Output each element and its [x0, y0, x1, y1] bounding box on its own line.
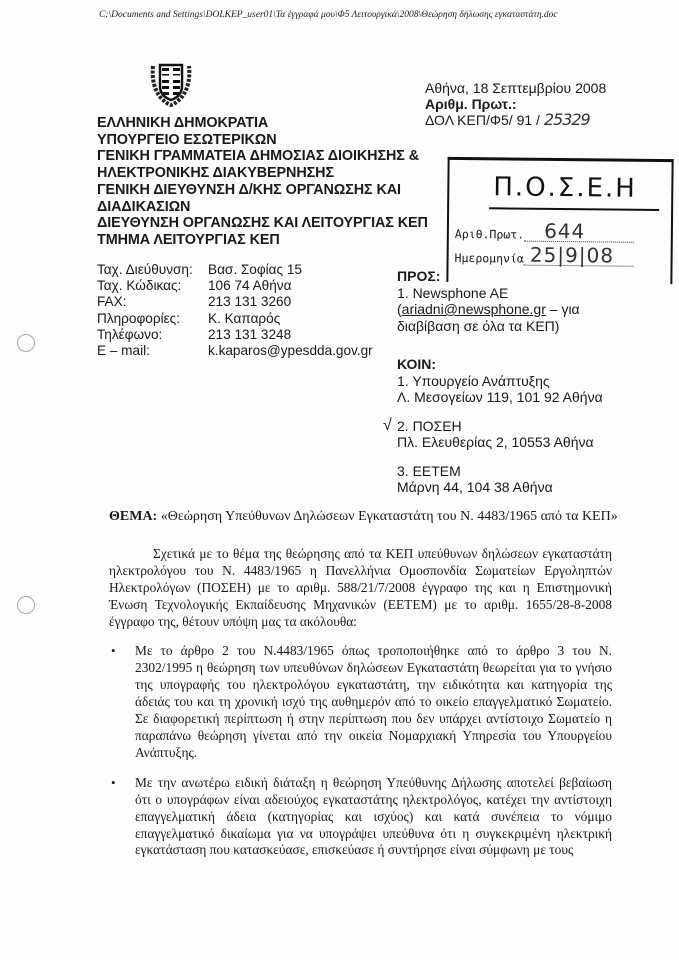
check-mark-icon: √ [383, 418, 392, 435]
file-path-header: C:\Documents and Settings\DOLKEP_user01\… [99, 10, 558, 20]
contact-row: FAX:213 131 3260 [97, 294, 373, 310]
org-line: ΓΕΝΙΚΗ ΓΡΑΜΜΑΤΕΙΑ ΔΗΜΟΣΙΑΣ ΔΙΟΙΚΗΣΗΣ & [97, 148, 428, 165]
organization-block: ΕΛΛΗΝΙΚΗ ΔΗΜΟΚΡΑΤΙΑ ΥΠΟΥΡΓΕΙΟ ΕΣΩΤΕΡΙΚΩΝ… [97, 115, 428, 249]
org-line: ΕΛΛΗΝΙΚΗ ΔΗΜΟΚΡΑΤΙΑ [97, 115, 428, 132]
contact-row: Ταχ. Κώδικας:106 74 Αθήνα [97, 278, 373, 294]
stamp-date-value: 25|9|08 [530, 243, 614, 268]
to-label: ΠΡΟΣ: [397, 268, 603, 285]
org-line: ΔΙΕΥΘΥΝΣΗ ΟΡΓΑΝΩΣΗΣ ΚΑΙ ΛΕΙΤΟΥΡΓΙΑΣ ΚΕΠ [97, 215, 428, 232]
stamp-protocol-label: Αριθ.Πρωτ. [455, 227, 524, 242]
subject-text: «Θεώρηση Υπεύθυνων Δηλώσεων Εγκαταστάτη … [161, 509, 618, 524]
poseh-stamp: Π.Ο.Σ.Ε.Η Αριθ.Πρωτ.644 Ημερομηνία25|9|0… [446, 157, 673, 284]
bullet-icon: • [111, 643, 116, 660]
contact-row: Τηλέφωνο:213 131 3248 [97, 327, 373, 343]
org-line: ΓΕΝΙΚΗ ΔΙΕΥΘΥΝΣΗ Δ/ΚΗΣ ΟΡΓΑΝΩΣΗΣ ΚΑΙ [97, 182, 428, 199]
to-block: ΠΡΟΣ: 1. Newsphone AE (ariadni@newsphone… [397, 268, 603, 334]
header-right: Αθήνα, 18 Σεπτεμβρίου 2008 Αριθμ. Πρωτ.:… [425, 80, 606, 128]
cc-item: 1. Υπουργείο Ανάπτυξης Λ. Μεσογείων 119,… [397, 373, 603, 406]
punch-hole-icon [17, 596, 35, 614]
contact-block: Ταχ. Διεύθυνση:Βασ. Σοφίας 15 Ταχ. Κώδικ… [97, 262, 373, 359]
org-line: ΥΠΟΥΡΓΕΙΟ ΕΣΩΤΕΡΙΚΩΝ [97, 132, 428, 149]
to-email-link[interactable]: ariadni@newsphone.gr [402, 301, 546, 317]
cc-item: 3. ΕΕΤΕΜ Μάρνη 44, 104 38 Αθήνα [397, 463, 603, 496]
subject-label: ΘΕΜΑ: [109, 509, 157, 524]
bullet-item: • Με την ανωτέρω ειδική διάταξη η θεώρησ… [97, 775, 612, 860]
recipients-block: ΠΡΟΣ: 1. Newsphone AE (ariadni@newsphone… [397, 268, 603, 508]
document-body: ΘΕΜΑ: «Θεώρηση Υπεύθυνων Δηλώσεων Εγκατα… [97, 509, 612, 872]
contact-email[interactable]: k.kaparos@ypesdda.gov.gr [208, 343, 373, 359]
bullet-item: • Με το άρθρο 2 του Ν.4483/1965 όπως τρο… [97, 643, 612, 761]
subject-line: ΘΕΜΑ: «Θεώρηση Υπεύθυνων Δηλώσεων Εγκατα… [109, 509, 612, 526]
contact-row: Πληροφορίες:Κ. Καπαρός [97, 311, 373, 327]
to-line: 1. Newsphone AE [397, 285, 603, 302]
org-line: ΤΜΗΜΑ ΛΕΙΤΟΥΡΓΙΑΣ ΚΕΠ [97, 232, 428, 249]
stamp-date-label: Ημερομηνία [455, 251, 524, 266]
stamp-underline [489, 207, 659, 211]
contact-row: E – mail:k.kaparos@ypesdda.gov.gr [97, 343, 373, 359]
bullet-icon: • [111, 775, 116, 792]
bullet-list: • Με το άρθρο 2 του Ν.4483/1965 όπως τρο… [97, 643, 612, 859]
date-line: Αθήνα, 18 Σεπτεμβρίου 2008 [425, 80, 606, 96]
stamp-date-row: Ημερομηνία25|9|08 [455, 250, 634, 267]
intro-paragraph: Σχετικά με το θέμα της θεώρησης από τα Κ… [109, 546, 612, 631]
stamp-protocol-row: Αριθ.Πρωτ.644 [455, 226, 634, 243]
to-line: διαβίβαση σε όλα τα ΚΕΠ) [397, 318, 603, 335]
org-line: ΗΛΕΚΤΡΟΝΙΚΗΣ ΔΙΑΚΥΒΕΡΝΗΣΗΣ [97, 165, 428, 182]
contact-row: Ταχ. Διεύθυνση:Βασ. Σοφίας 15 [97, 262, 373, 278]
cc-label: ΚΟΙΝ: [397, 356, 603, 373]
protocol-handwritten: 25329 [544, 110, 590, 129]
to-line: (ariadni@newsphone.gr – για [397, 301, 603, 318]
protocol-number: ΔΟΛ ΚΕΠ/Φ5/ 91 / 25329 [425, 112, 606, 128]
protocol-prefix: ΔΟΛ ΚΕΠ/Φ5/ 91 / [425, 112, 540, 128]
stamp-protocol-value: 644 [544, 219, 585, 243]
org-line: ΔΙΑΔΙΚΑΣΙΩΝ [97, 199, 428, 216]
stamp-title: Π.Ο.Σ.Ε.Η [493, 172, 637, 204]
punch-hole-icon [17, 334, 35, 352]
coat-of-arms-icon [147, 56, 195, 108]
cc-item: √ 2. ΠΟΣΕΗ Πλ. Ελευθερίας 2, 10553 Αθήνα [397, 418, 603, 451]
